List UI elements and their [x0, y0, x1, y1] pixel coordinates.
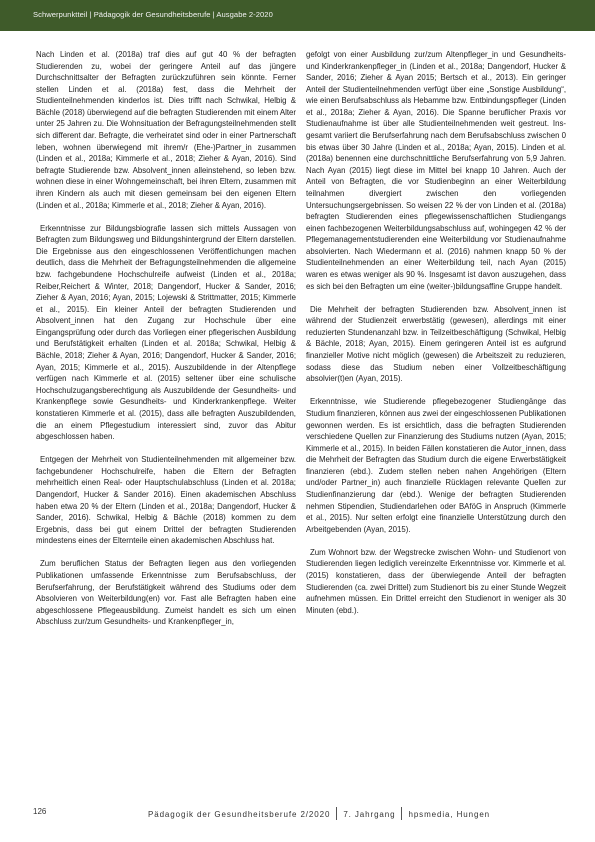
page-number: 126: [33, 807, 46, 816]
paragraph: gefolgt von einer Ausbildung zur/zum Alt…: [306, 49, 566, 292]
running-title: Schwerpunktteil | Pädagogik der Gesundhe…: [33, 10, 273, 19]
right-column: gefolgt von einer Ausbildung zur/zum Alt…: [306, 49, 566, 628]
volume: 7. Jahrgang: [343, 810, 395, 819]
footer-divider: [336, 807, 337, 820]
paragraph: Zum Wohnort bzw. der Wegstrecke zwischen…: [306, 547, 566, 616]
publisher: hpsmedia, Hungen: [408, 810, 490, 819]
paragraph: Erkenntnisse, wie Studierende pflegebezo…: [306, 396, 566, 535]
journal-name: Pädagogik der Gesundheitsberufe 2/2020: [148, 810, 330, 819]
paragraph: Entgegen der Mehrheit von Studienteilneh…: [36, 454, 296, 547]
footer-citation: Pädagogik der Gesundheitsberufe 2/20207.…: [148, 807, 490, 820]
left-column: Nach Linden et al. (2018a) traf dies auf…: [36, 49, 296, 640]
paragraph: Erkenntnisse zur Bildungsbiografie lasse…: [36, 223, 296, 443]
paragraph: Nach Linden et al. (2018a) traf dies auf…: [36, 49, 296, 211]
page-footer: 126 Pädagogik der Gesundheitsberufe 2/20…: [0, 807, 595, 821]
paragraph: Zum beruflichen Status der Befragten lie…: [36, 558, 296, 627]
running-header: Schwerpunktteil | Pädagogik der Gesundhe…: [0, 0, 595, 31]
paragraph: Die Mehrheit der befragten Studierenden …: [306, 304, 566, 385]
footer-divider: [401, 807, 402, 820]
